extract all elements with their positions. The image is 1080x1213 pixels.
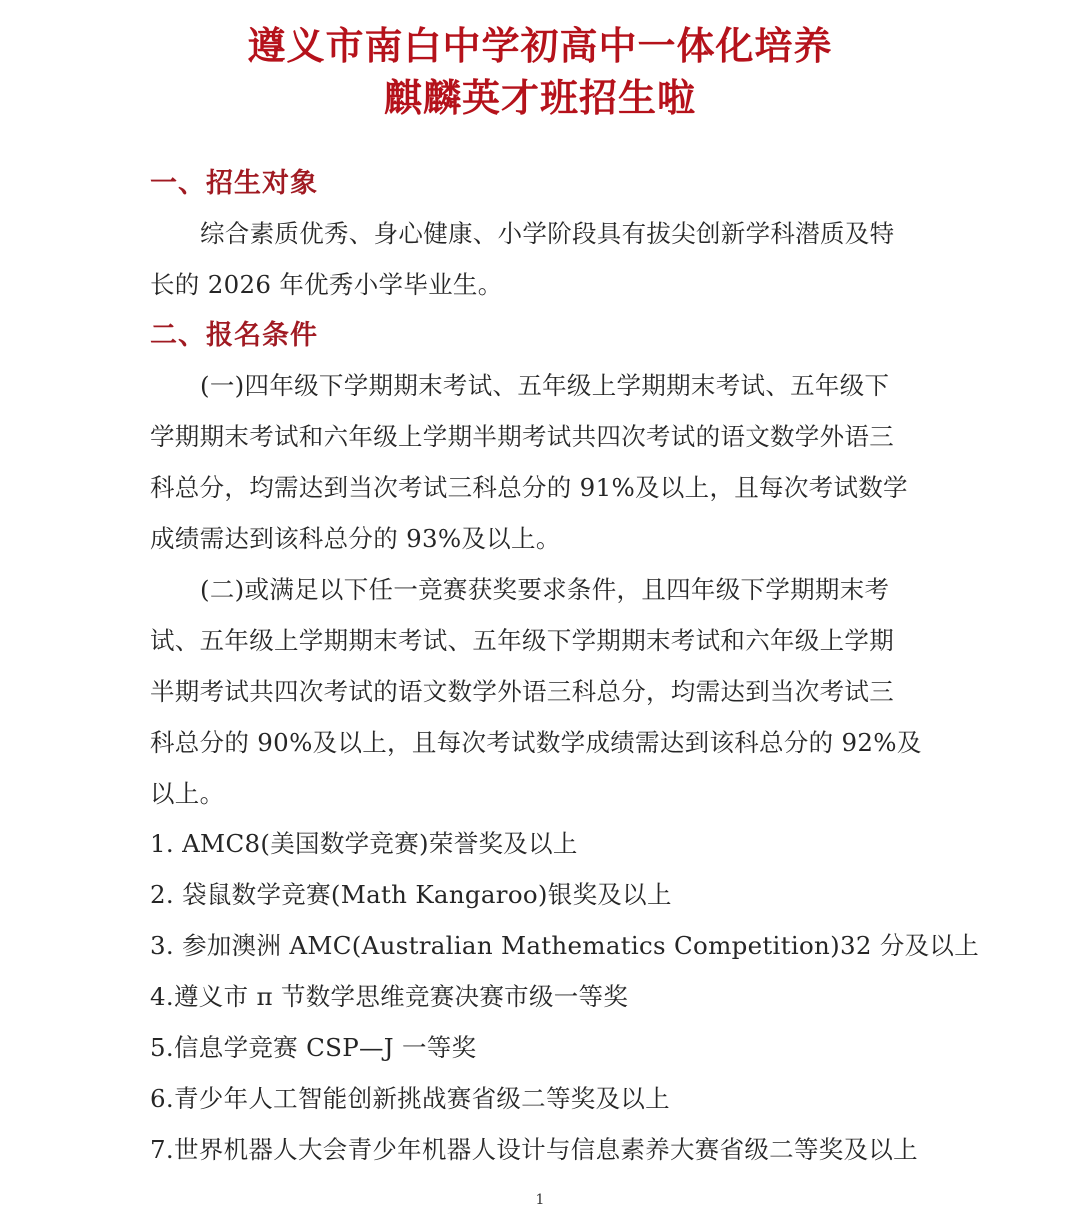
condition1-line: 学期期末考试和六年级上学期半期考试共四次考试的语文数学外语三 <box>150 421 935 453</box>
condition1-line: 科总分，均需达到当次考试三科总分的 91%及以上，且每次考试数学 <box>150 472 935 504</box>
condition2-line: (二)或满足以下任一竞赛获奖要求条件，且四年级下学期期末考 <box>200 574 935 606</box>
competition-item: 7.世界机器人大会青少年机器人设计与信息素养大赛省级二等奖及以上 <box>150 1134 935 1166</box>
section-heading-requirements: 二、报名条件 <box>150 320 318 352</box>
condition1-line: (一)四年级下学期期末考试、五年级上学期期末考试、五年级下 <box>200 370 935 402</box>
paragraph-line: 长的 2026 年优秀小学毕业生。 <box>150 269 935 301</box>
paragraph-line: 综合素质优秀、身心健康、小学阶段具有拔尖创新学科潜质及特 <box>200 218 935 250</box>
condition1-line: 成绩需达到该科总分的 93%及以上。 <box>150 523 935 555</box>
condition2-line: 半期考试共四次考试的语文数学外语三科总分，均需达到当次考试三 <box>150 676 935 708</box>
competition-item: 1. AMC8(美国数学竞赛)荣誉奖及以上 <box>150 828 935 860</box>
page-number: 1 <box>0 1192 1080 1208</box>
condition2-line: 以上。 <box>150 778 935 810</box>
section-heading-enrollment-target: 一、招生对象 <box>150 168 318 200</box>
competition-item: 3. 参加澳洲 AMC(Australian Mathematics Compe… <box>150 930 935 962</box>
competition-item: 2. 袋鼠数学竞赛(Math Kangaroo)银奖及以上 <box>150 879 935 911</box>
document-title-line2: 麒麟英才班招生啦 <box>0 76 1080 120</box>
competition-item: 6.青少年人工智能创新挑战赛省级二等奖及以上 <box>150 1083 935 1115</box>
document-page: 遵义市南白中学初高中一体化培养 麒麟英才班招生啦 一、招生对象 综合素质优秀、身… <box>0 0 1080 1213</box>
competition-item: 5.信息学竞赛 CSP—J 一等奖 <box>150 1032 935 1064</box>
condition2-line: 试、五年级上学期期末考试、五年级下学期期末考试和六年级上学期 <box>150 625 935 657</box>
condition2-line: 科总分的 90%及以上，且每次考试数学成绩需达到该科总分的 92%及 <box>150 727 935 759</box>
competition-item: 4.遵义市 π 节数学思维竞赛决赛市级一等奖 <box>150 981 935 1013</box>
document-title-line1: 遵义市南白中学初高中一体化培养 <box>0 24 1080 68</box>
